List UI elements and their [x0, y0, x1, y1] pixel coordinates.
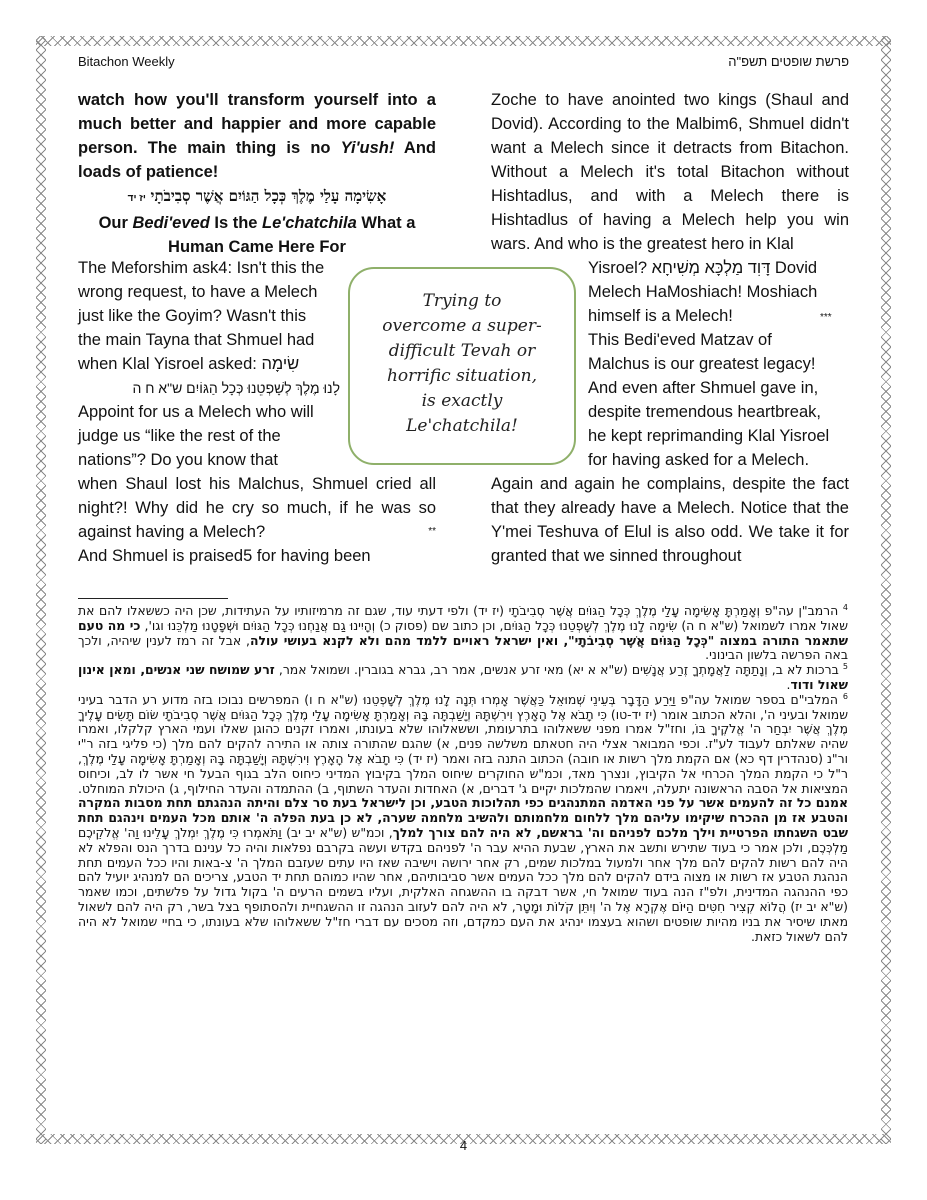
section-heading: Our Bedi'eved Is the Le'chatchila What a… [78, 211, 436, 259]
pull-quote-box: Trying to overcome a super- difficult Te… [348, 267, 576, 465]
footnote-4: 4 הרמב"ן עה"פ וְאָמַרְתָּ אָשִׂימָה עָלַ… [78, 604, 848, 663]
footnote-5: 5 ברכות לא ב, וְנָתַתָּה לַאֲמָתְךָ זֶרַ… [78, 663, 848, 693]
parsha-title: פרשת שופטים תשפ"ה [728, 54, 849, 69]
left-bottom-text: when Shaul lost his Malchus, Shmuel crie… [78, 472, 436, 568]
left-column: watch how you'll transform yourself into… [78, 88, 436, 259]
footnote-6: 6 המלבי"ם בספר שמואל עה"פ וַיֵּרַע הַדָּ… [78, 693, 848, 945]
footnote-separator [78, 598, 228, 599]
right-top-paragraph: Zoche to have anointed two kings (Shaul … [491, 88, 849, 256]
intro-paragraph: watch how you'll transform yourself into… [78, 88, 436, 184]
hebrew-verse: אָשִׂימָה עָלַי מֶלֶךְ כְּכָל הַגּוֹיִם … [78, 184, 436, 211]
right-bottom-text: Again and again he complains, despite th… [491, 472, 849, 568]
right-wrapped-text: Yisroel? דָּוִד מַלְכָּא מְשִׁיחָא Dovid… [588, 256, 850, 472]
left-wrapped-text: The Meforshim ask4: Isn't this the wrong… [78, 256, 340, 472]
page-header: Bitachon Weekly פרשת שופטים תשפ"ה [78, 54, 849, 74]
footnotes: 4 הרמב"ן עה"פ וְאָמַרְתָּ אָשִׂימָה עָלַ… [78, 604, 848, 944]
page-number: 4 [0, 1138, 927, 1153]
publication-title: Bitachon Weekly [78, 54, 175, 69]
section-break-mark-right: *** [820, 312, 832, 323]
right-column: Zoche to have anointed two kings (Shaul … [491, 88, 849, 256]
